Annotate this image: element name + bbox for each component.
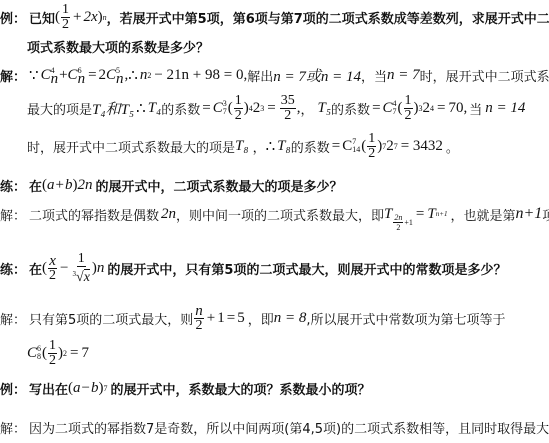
fraction-one-half: 12 (61, 3, 70, 32)
exercise2-solution: 解： 只有第5项的二项式最大，则 n2 + 1 = 5 ，即 n = 8 ,所以… (0, 305, 506, 331)
example2-question: 例： 写出在 (a−b)7 的展开式中，系数最大的项？系数最小的项？ (0, 375, 371, 401)
example1-solution-line1: 解： ∵ C4n + C6n = 2C5n , ∴ n2 − 21n + 98 … (0, 62, 549, 88)
exercise2-question: 练： 在 ( x2 − 13√x )n 的展开式中，只有第5项的二项式最大，则展… (0, 255, 506, 281)
question-prefix: 已知 (29, 8, 55, 27)
exercise2-final-expression: C68 (12)2 = 7 (27, 340, 89, 366)
question-text-line1: ，若展开式中第5项，第6项与第7项的二项式系数成等差数列，求展开式中二 (107, 8, 549, 27)
example1-solution-line3: 时，展开式中二项式系数最大的项是 T₈ ， ∴ T₈ 的系数 = C714 (1… (27, 133, 459, 159)
exercise1-question: 练： 在 (a+b)2n 的展开式中，二项式系数最大的项是多少？ (0, 172, 343, 198)
exercise-label: 练： (0, 176, 26, 195)
example1-question-line2: 项式系数最大项的系数是多少？ (27, 33, 209, 59)
example1-question-line1: 例： 已知 ( 12 + 2x )n ，若展开式中第5项，第6项与第7项的二项式… (0, 4, 549, 30)
example1-solution-line2: 最大的项是 T₄和T₅ ∴ T₄ 的系数 = C37 (12)4 23 = 35… (27, 95, 525, 121)
question-text-line2: 项式系数最大项的系数是多少？ (27, 37, 209, 56)
solution-label: 解： (0, 66, 26, 85)
example2-solution: 解： 因为二项式的幂指数7是奇数，所以中间两项(第4,5项)的二项式系数相等，且… (0, 414, 549, 440)
example-label: 例： (0, 8, 26, 27)
expression-half-plus-2x-pow-n: ( 12 + 2x )n (55, 3, 107, 32)
exercise1-solution: 解： 二项式的幂指数是偶数 2n ，则中间一项的二项式系数最大，即 T 2n2+… (0, 201, 549, 227)
